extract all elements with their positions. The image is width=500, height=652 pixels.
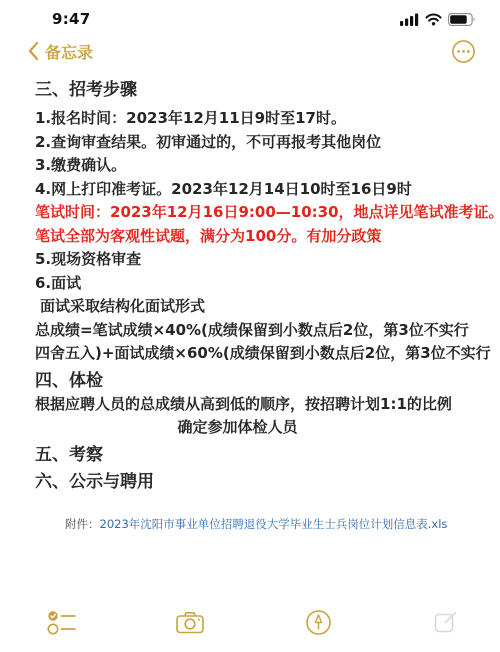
attachment-link[interactable]: 2023年沈阳市事业单位招聘退役大学毕业生士兵岗位计划信息表.xls	[100, 517, 448, 531]
chevron-left-icon	[28, 41, 39, 61]
status-bar: 9:47	[0, 0, 500, 32]
compose-button[interactable]	[430, 606, 462, 638]
note-line: 根据应聘人员的总成绩从高到低的顺序，按招聘计划1:1的比例	[35, 393, 470, 417]
note-heading: 五、考察	[35, 443, 470, 467]
cellular-signal-icon	[400, 13, 419, 26]
note-line: 2.查询审查结果。初审通过的，不可再报考其他岗位	[35, 131, 470, 155]
camera-button[interactable]	[174, 606, 206, 638]
nav-bar: 备忘录	[0, 32, 500, 70]
bottom-toolbar	[0, 594, 500, 652]
note-line: 确定参加体检人员	[35, 416, 470, 440]
note-line: 5.现场资格审查	[35, 248, 470, 272]
note-line: 3.缴费确认。	[35, 154, 470, 178]
more-button[interactable]	[450, 38, 476, 64]
attachment-row: 附件：2023年沈阳市事业单位招聘退役大学毕业生士兵岗位计划信息表.xls	[65, 516, 470, 532]
battery-icon	[448, 13, 476, 26]
back-button-label: 备忘录	[45, 40, 93, 63]
checklist-icon	[47, 609, 77, 636]
wifi-icon	[425, 13, 442, 26]
note-line: 1.报名时间：2023年12月11日9时至17时。	[35, 107, 470, 131]
note-heading: 六、公示与聘用	[35, 470, 470, 494]
note-heading: 四、体检	[35, 369, 470, 393]
note-line: 四舍五入)+面试成绩×60%(成绩保留到小数点后2位，第3位不实行	[35, 342, 470, 366]
camera-icon	[176, 611, 204, 634]
note-line: 总成绩=笔试成绩×40%(成绩保留到小数点后2位，第3位不实行	[35, 319, 470, 343]
note-line: 6.面试	[35, 272, 470, 296]
ellipsis-circle-icon	[451, 39, 476, 64]
note-heading: 三、招考步骤	[35, 78, 470, 102]
markup-icon	[305, 609, 332, 636]
note-line: 面试采取结构化面试形式	[35, 295, 470, 319]
markup-button[interactable]	[302, 606, 334, 638]
status-time: 9:47	[52, 10, 91, 28]
compose-icon	[433, 609, 459, 635]
checklist-button[interactable]	[46, 606, 78, 638]
back-button[interactable]: 备忘录	[28, 40, 93, 63]
attachment-label: 附件：	[65, 517, 100, 531]
note-body[interactable]: 三、招考步骤 1.报名时间：2023年12月11日9时至17时。 2.查询审查结…	[0, 70, 500, 532]
status-icons	[400, 13, 476, 26]
note-line-red: 笔试时间：2023年12月16日9:00—10:30，地点详见笔试准考证。	[35, 201, 470, 225]
note-line: 4.网上打印准考证。2023年12月14日10时至16日9时	[35, 178, 470, 202]
note-line-red: 笔试全部为客观性试题，满分为100分。有加分政策	[35, 225, 470, 249]
